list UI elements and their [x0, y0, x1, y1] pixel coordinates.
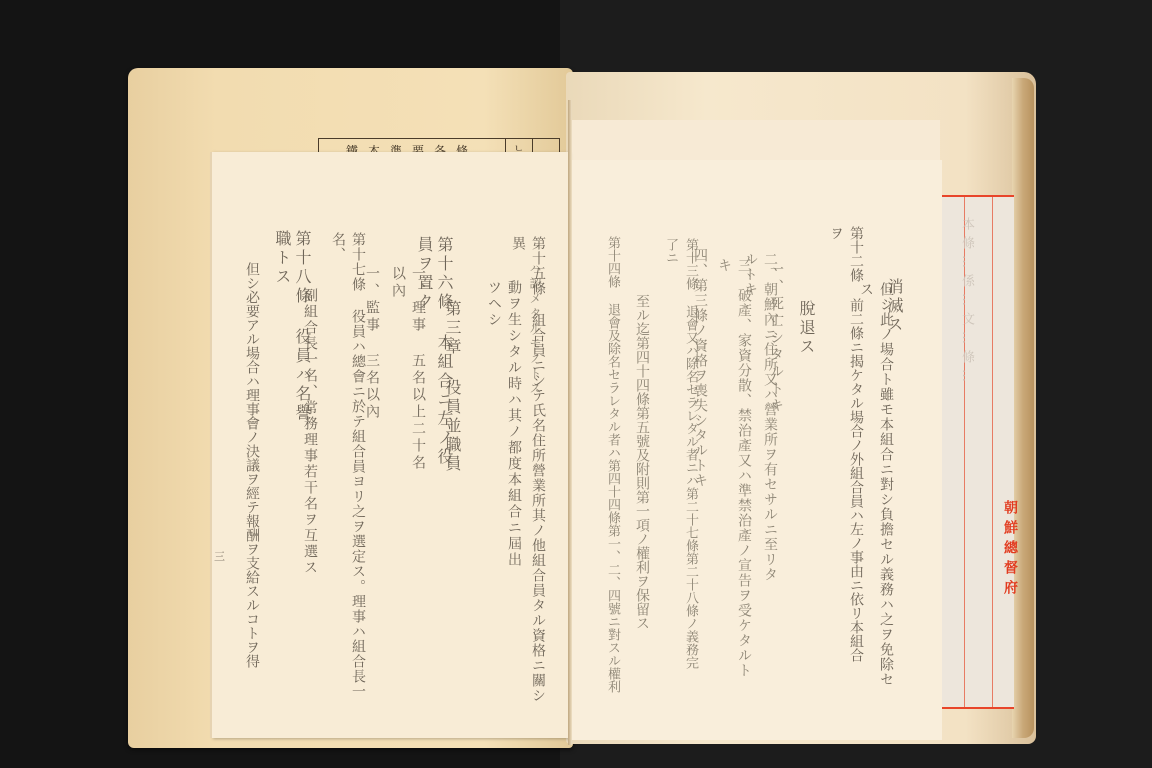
text-column: 一、理事 五名以上二十名以內	[388, 266, 428, 486]
red-rule-line	[992, 197, 993, 707]
text-column: 第十二條 前二條ニ揭ケタル場合ノ外組合員ハ左ノ事由ニ依リ本組合ヲ	[826, 226, 866, 666]
show-through-text: 本條…係…文…條…	[964, 217, 976, 388]
text-column: 第十八條 役員ハ名譽職トス	[272, 230, 312, 430]
text-column: 第十四條 退會及除名セラレタル者ハ第四十四條第一、二、四號ニ對スル權利	[602, 236, 622, 696]
text-column: 至ル迄第四十四條第五號及附則第一項ノ權利ヲ保留ス	[632, 294, 652, 654]
text-column: 但シ必要アル場合ハ理事會ノ決議ヲ經テ報酬ヲ支給スルコトヲ得	[242, 262, 262, 692]
red-ruled-sheet: 本條…係…文…條…	[942, 195, 1014, 709]
page-edges	[1012, 78, 1034, 738]
page-number: 三	[214, 548, 225, 564]
text-column: 第十三條 退會又ハ除名セラレタル者ニハ第二十七條第二十八條ノ義務完了ニ	[660, 238, 700, 678]
text-column: 三、破產、家資分散、禁治產又ハ準禁治產ノ宣告ヲ受ケタルトキ	[714, 258, 754, 678]
book-gutter	[568, 100, 572, 745]
printer-mark: 朝鮮總督府	[1004, 500, 1020, 600]
text-column: 第十七條 役員ハ總會ニ於テ組合員ヨリ之ヲ選定ス。理事ハ組合長一名、	[328, 232, 368, 702]
text-column: 動ヲ生シタル時ハ其ノ都度本組合ニ屆出ツヘシ	[484, 280, 524, 580]
text-column: 脫退ス	[796, 300, 816, 380]
